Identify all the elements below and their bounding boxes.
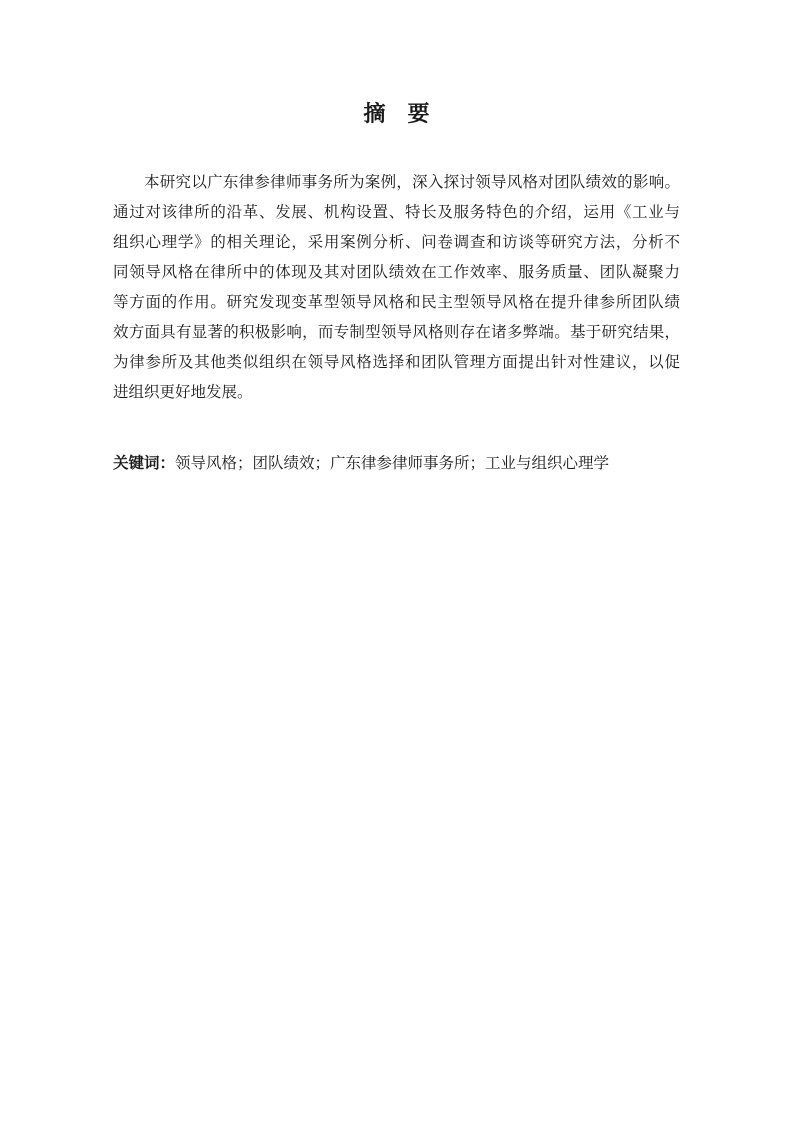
page-title: 摘 要 xyxy=(113,0,680,128)
abstract-line: 等方面的作用。研究发现变革型领导风格和民主型领导风格在提升律参所团队绩 xyxy=(113,288,680,318)
abstract-line: 进组织更好地发展。 xyxy=(113,378,680,408)
keywords-text: 领导风格；团队绩效；广东律参律师事务所；工业与组织心理学 xyxy=(175,455,609,472)
abstract-line: 本研究以广东律参律师事务所为案例，深入探讨领导风格对团队绩效的影响。 xyxy=(113,168,680,198)
keywords-label: 关键词： xyxy=(113,455,175,472)
document-page: 摘 要 本研究以广东律参律师事务所为案例，深入探讨领导风格对团队绩效的影响。 通… xyxy=(0,0,793,1122)
abstract-line: 效方面具有显著的积极影响，而专制型领导风格则存在诸多弊端。基于研究结果， xyxy=(113,318,680,348)
abstract-line: 组织心理学》的相关理论，采用案例分析、问卷调查和访谈等研究方法，分析不 xyxy=(113,228,680,258)
abstract-paragraph: 本研究以广东律参律师事务所为案例，深入探讨领导风格对团队绩效的影响。 通过对该律… xyxy=(113,168,680,408)
keywords-line: 关键词：领导风格；团队绩效；广东律参律师事务所；工业与组织心理学 xyxy=(113,449,680,479)
abstract-line: 为律参所及其他类似组织在领导风格选择和团队管理方面提出针对性建议，以促 xyxy=(113,348,680,378)
abstract-line: 通过对该律所的沿革、发展、机构设置、特长及服务特色的介绍，运用《工业与 xyxy=(113,198,680,228)
abstract-line: 同领导风格在律所中的体现及其对团队绩效在工作效率、服务质量、团队凝聚力 xyxy=(113,258,680,288)
